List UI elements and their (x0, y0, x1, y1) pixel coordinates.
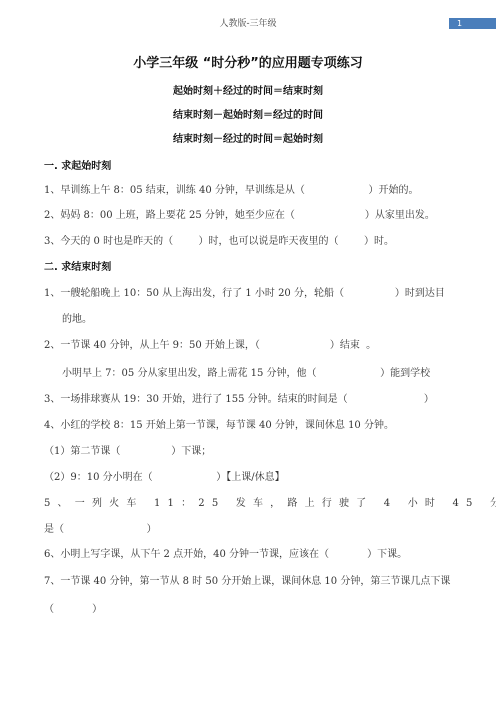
question-line: （2）9：10 分小明在（ ）【上课/休息】 (44, 468, 285, 483)
question-line: （ ） (44, 600, 102, 615)
document-title: 小学三年级 “时分秒”的应用题专项练习 (0, 52, 496, 71)
page-number-badge: 1 (449, 18, 496, 29)
question-line: 2、妈妈 8：00 上班，路上要花 25 分钟，她至少应在（ ）从家里出发。 (44, 206, 435, 221)
question-line: 3、今天的 0 时也是昨天的（ ）时，也可以说是昨天夜里的（ ）时。 (44, 232, 394, 247)
question-line: 5、一列火车 11：25 发车，路上行驶了 4 小时 45 分，到达时刻 (44, 494, 496, 509)
question-line: （1）第二节课（ ）下课； (44, 442, 211, 457)
formula-start-plus-elapsed: 起始时刻＋经过的时间＝结束时刻 (0, 82, 496, 97)
question-line: 的地。 (62, 310, 92, 325)
section-heading: 二. 求结束时刻 (44, 258, 111, 273)
question-line: 3、一场排球赛从 19：30 开始，进行了 155 分钟。结束的时间是（ ） (44, 390, 434, 405)
formula-end-minus-elapsed: 结束时刻－经过的时间＝起始时刻 (0, 130, 496, 145)
formula-end-minus-start: 结束时刻－起始时刻＝经过的时间 (0, 106, 496, 121)
question-line: 1、早训练上午 8：05 结束，训练 40 分钟，早训练是从（ ）开始的。 (44, 181, 418, 196)
question-line: 4、小红的学校 8：15 开始上第一节课，每节课 40 分钟，课间休息 10 分… (44, 416, 394, 431)
question-line: 1、一艘轮船晚上 10：50 从上海出发，行了 1 小时 20 分，轮船（ ）时… (44, 284, 445, 299)
header-title: 人教版-三年级 (0, 16, 496, 29)
question-line: 7、一节课 40 分钟，第一节从 8 时 50 分开始上课，课间休息 10 分钟… (44, 572, 450, 587)
question-line: 6、小明上写字课，从下午 2 点开始，40 分钟一节课，应该在（ ）下课。 (44, 545, 407, 560)
section-heading: 一. 求起始时刻 (44, 157, 111, 172)
question-line: 2、一节课 40 分钟，从上午 9：50 开始上课，（ ）结束 。 (44, 336, 376, 351)
question-line: 小明早上 7：05 分从家里出发，路上需花 15 分钟，他（ ）能到学校 (62, 364, 430, 379)
question-line: 是（ ） (44, 520, 157, 535)
